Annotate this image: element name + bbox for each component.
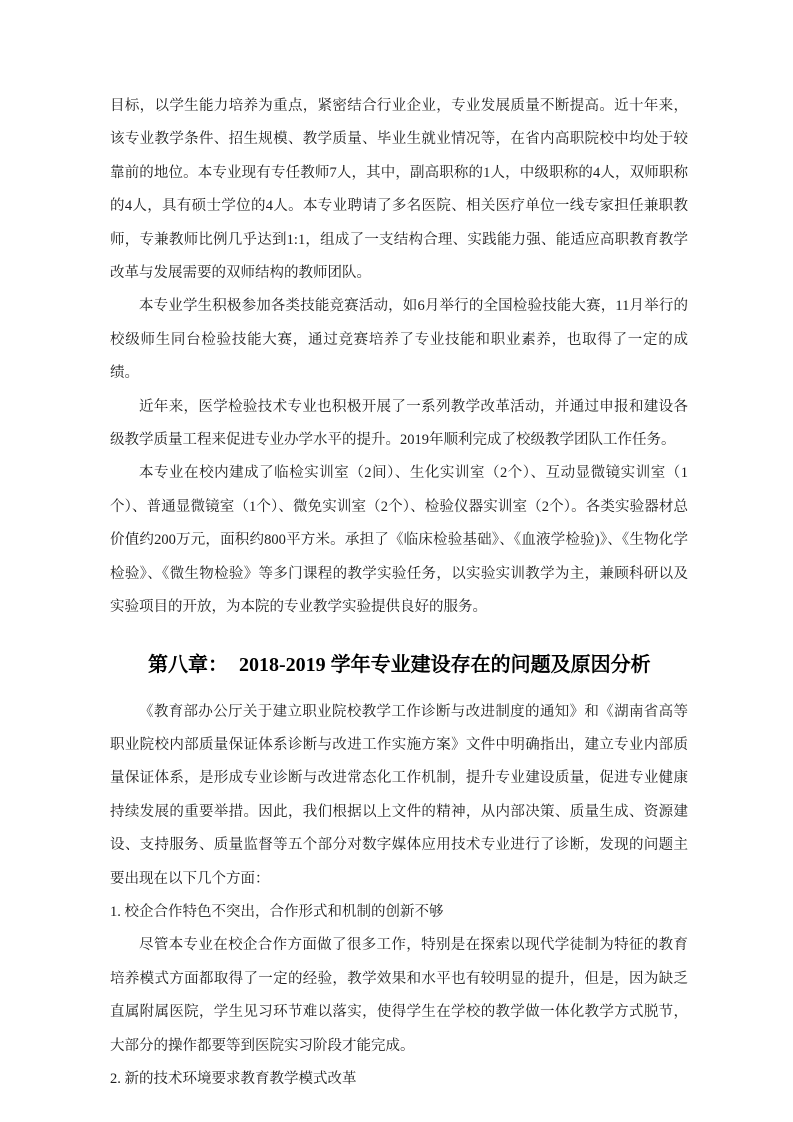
document-page: 目标，以学生能力培养为重点，紧密结合行业企业，专业发展质量不断提高。近十年来，该… xyxy=(0,0,793,1122)
paragraph-teaching-reform: 近年来，医学检验技术专业也积极开展了一系列教学改革活动，并通过申报和建设各级教学… xyxy=(110,391,688,458)
document-content: 目标，以学生能力培养为重点，紧密结合行业企业，专业发展质量不断提高。近十年来，该… xyxy=(110,90,688,1096)
paragraph-continuation: 目标，以学生能力培养为重点，紧密结合行业企业，专业发展质量不断提高。近十年来，该… xyxy=(110,90,688,290)
paragraph-skills-competition: 本专业学生积极参加各类技能竞赛活动，如6月举行的全国检验技能大赛，11月举行的校… xyxy=(110,290,688,390)
paragraph-policy-documents: 《教育部办公厅关于建立职业院校教学工作诊断与改进制度的通知》和《湖南省高等职业院… xyxy=(110,696,688,896)
chapter-number-label: 第八章： xyxy=(148,654,228,676)
list-item-problem-1: 1. 校企合作特色不突出，合作形式和机制的创新不够 xyxy=(110,896,688,929)
chapter-heading: 第八章：2018-2019 学年专业建设存在的问题及原因分析 xyxy=(110,650,688,680)
paragraph-labs-facilities: 本专业在校内建成了临检实训室（2间）、生化实训室（2个）、互动显微镜实训室（1个… xyxy=(110,457,688,624)
list-item-problem-2: 2. 新的技术环境要求教育教学模式改革 xyxy=(110,1063,688,1096)
chapter-title: 2018-2019 学年专业建设存在的问题及原因分析 xyxy=(239,654,651,676)
paragraph-problem-1-detail: 尽管本专业在校企合作方面做了很多工作，特别是在探索以现代学徒制为特征的教育培养模… xyxy=(110,929,688,1063)
